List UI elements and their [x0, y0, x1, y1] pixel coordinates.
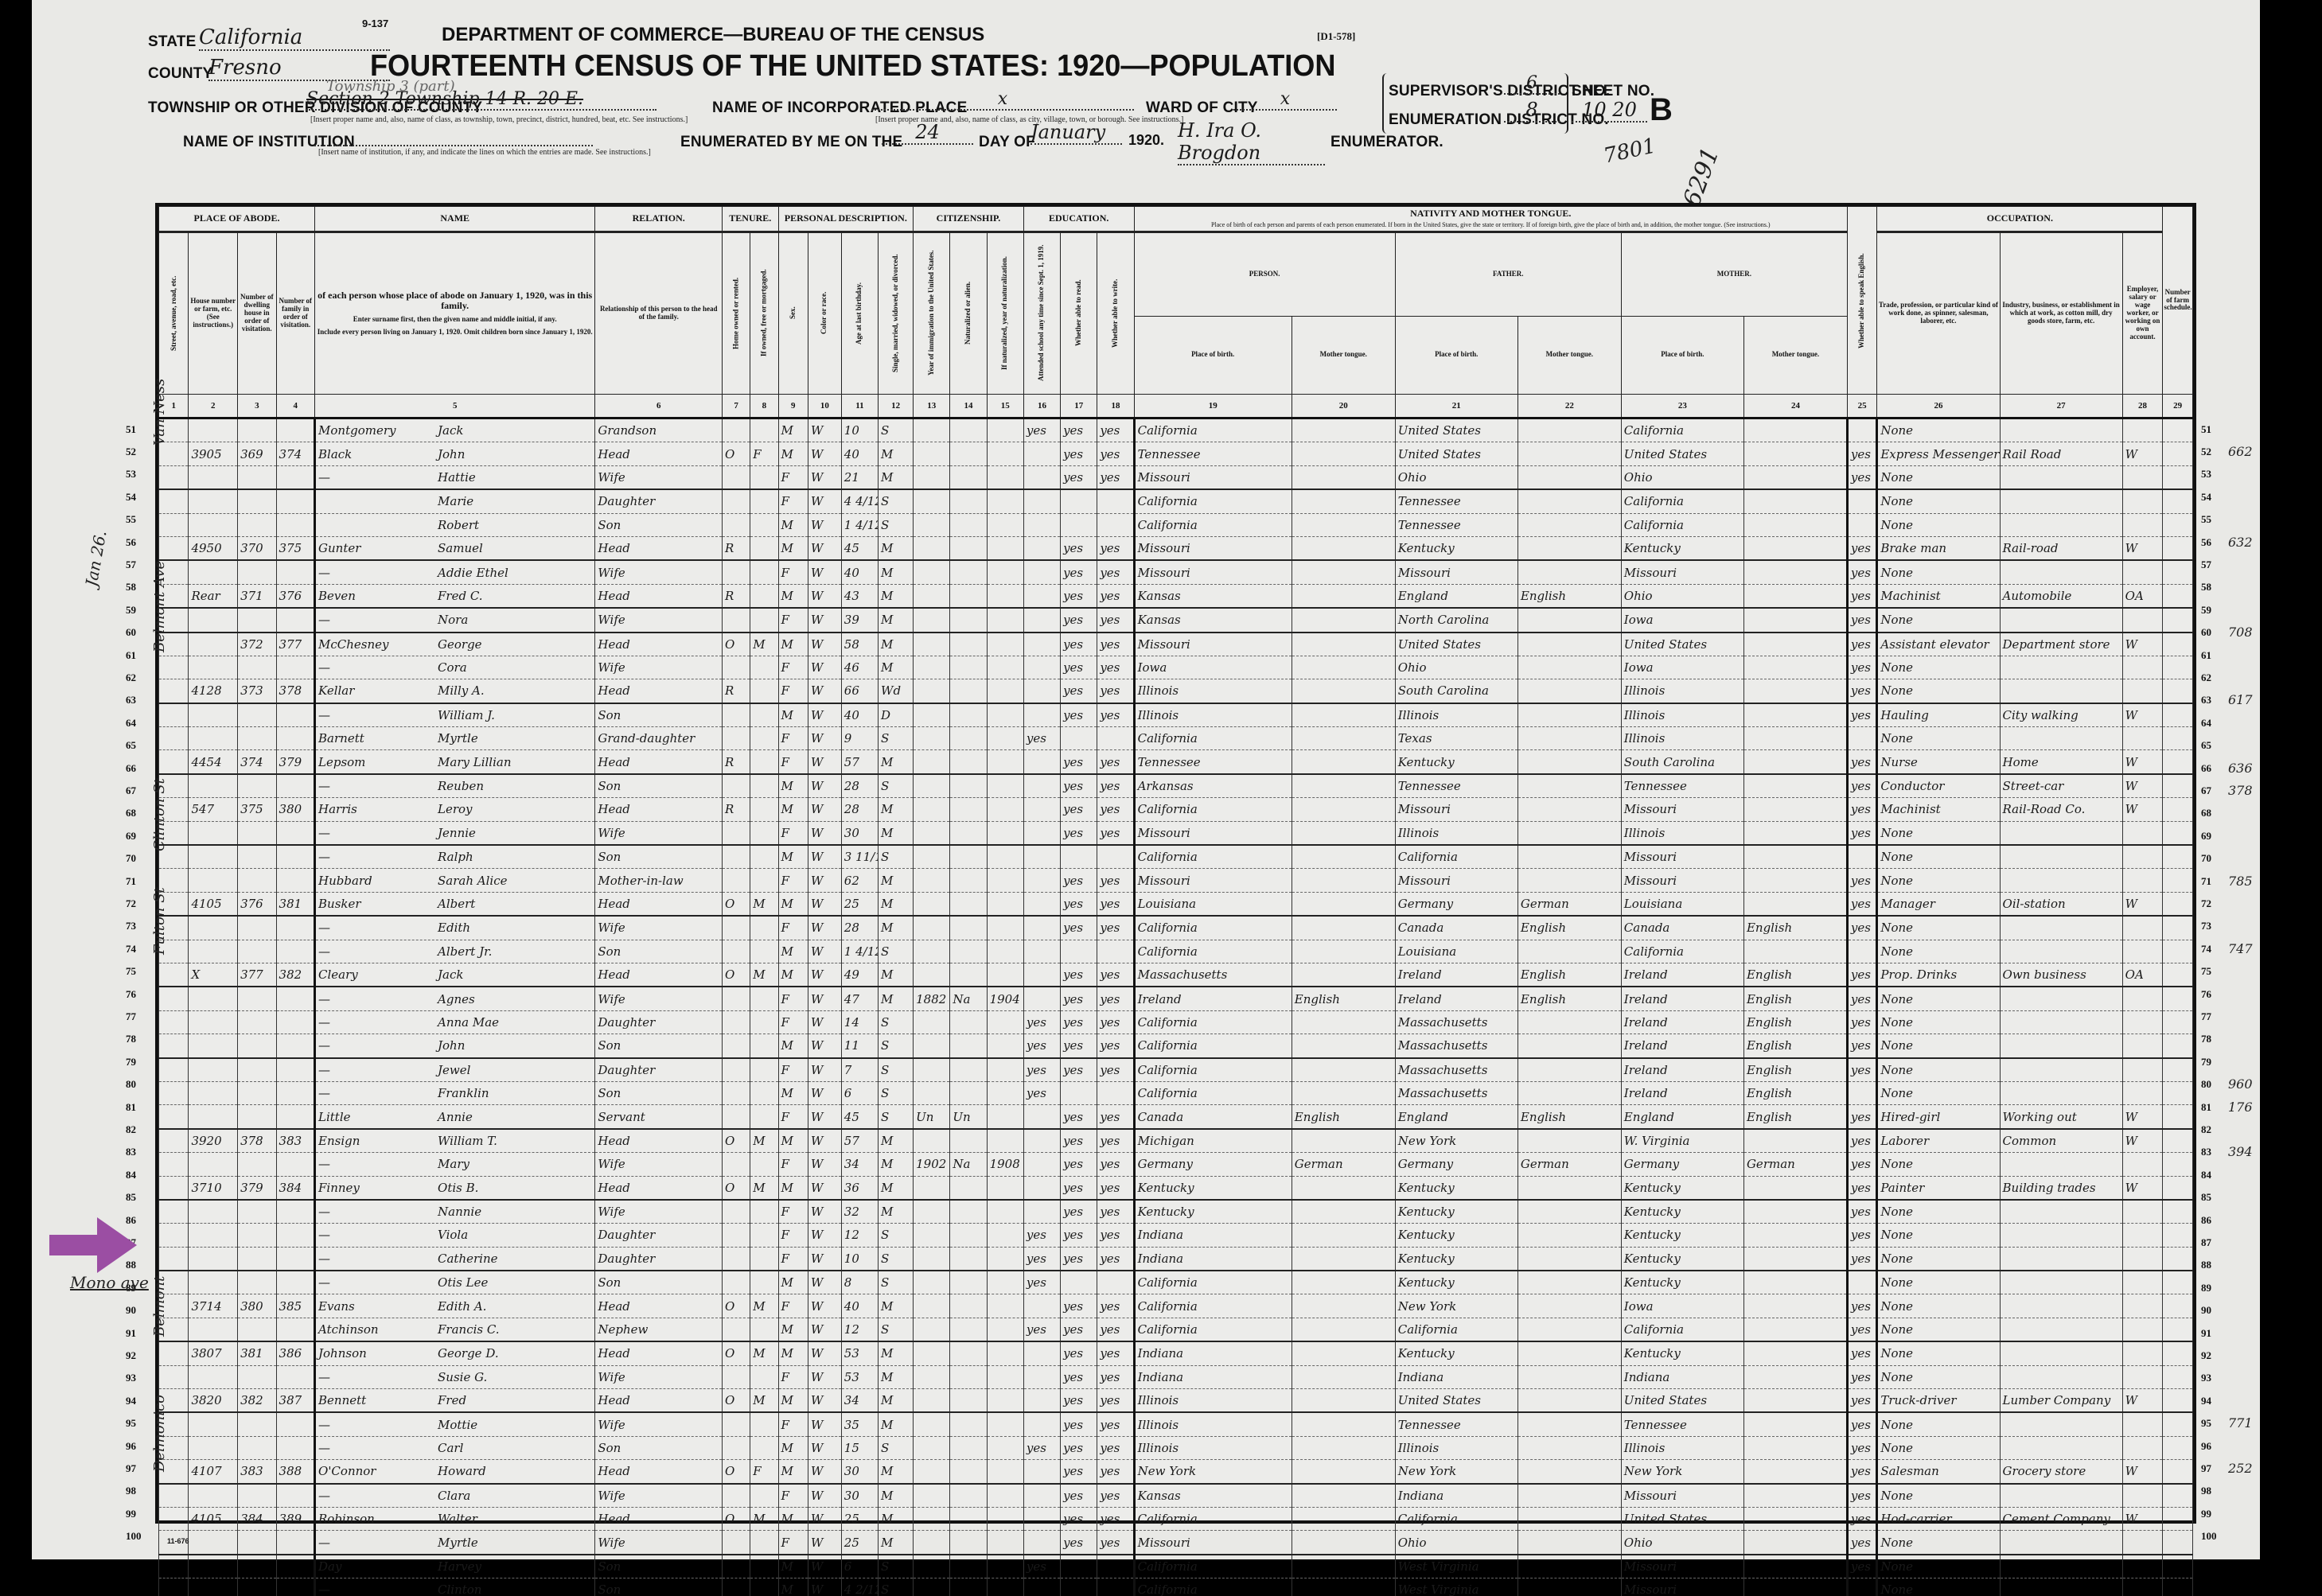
cell-sex: F — [778, 1412, 808, 1436]
given-name: Sarah Alice — [438, 874, 507, 888]
cell-write: yes — [1097, 536, 1134, 560]
cell-immig — [914, 1389, 950, 1413]
cell-ftongue — [1517, 1034, 1621, 1058]
cell-tongue — [1292, 703, 1395, 727]
cell-immig — [914, 940, 950, 963]
column-number: 8 — [750, 395, 778, 418]
cell-trade: Hauling — [1877, 703, 2000, 727]
line-number-left: 100 — [126, 1530, 142, 1543]
cell-farm — [2163, 536, 2193, 560]
surname: Busker — [318, 897, 438, 911]
enumerator-name: H. Ira O. Brogdon — [1178, 119, 1325, 165]
line-number-left: 68 — [126, 807, 136, 819]
cell-street — [159, 1365, 189, 1388]
cell-ftongue: German — [1517, 892, 1621, 916]
cell-write: yes — [1097, 1436, 1134, 1459]
cell-mbirth: United States — [1621, 442, 1743, 465]
cell-immig — [914, 1341, 950, 1365]
cell-age: 1 4/12 — [841, 513, 878, 536]
cell-marital: M — [879, 1153, 914, 1176]
cell-dwelling — [238, 1153, 276, 1176]
cell-nat — [950, 1507, 987, 1530]
cell-english: yes — [1847, 963, 1876, 987]
cell-name: LittleAnnie — [315, 1105, 595, 1129]
cell-home: O — [723, 1507, 750, 1530]
cell-nat — [950, 1081, 987, 1104]
cell-industry — [2000, 1294, 2122, 1318]
cell-street — [159, 1058, 189, 1082]
cell-industry — [2000, 465, 2122, 489]
cell-sex: M — [778, 845, 808, 869]
cell-mbirth: Missouri — [1621, 798, 1743, 821]
table-row: —ViolaDaughterFW12SyesyesyesIndianaKentu… — [159, 1224, 2193, 1247]
cell-ftongue — [1517, 1412, 1621, 1436]
cell-fbirth: Kentucky — [1395, 1200, 1517, 1224]
line-number-right: 94 — [2201, 1395, 2211, 1407]
given-name: Fred C. — [438, 589, 483, 603]
subgroup-person: PERSON. — [1134, 232, 1395, 317]
cell-ftongue: English — [1517, 1105, 1621, 1129]
given-name: Viola — [438, 1228, 468, 1242]
cell-emp — [2122, 1200, 2163, 1224]
cell-mtongue — [1743, 465, 1847, 489]
cell-immig — [914, 1412, 950, 1436]
cell-immig — [914, 465, 950, 489]
cell-ftongue — [1517, 821, 1621, 845]
cell-race: W — [808, 1271, 841, 1294]
cell-mbirth: Illinois — [1621, 703, 1743, 727]
cell-write: yes — [1097, 750, 1134, 774]
cell-dwelling — [238, 1058, 276, 1082]
given-name: Nora — [438, 613, 468, 627]
cell-marital: M — [879, 1460, 914, 1484]
right-margin-code: 662 — [2228, 444, 2253, 459]
line-number-right: 51 — [2201, 423, 2211, 436]
cell-home — [723, 1484, 750, 1508]
cell-mbirth: Tennessee — [1621, 1412, 1743, 1436]
given-name: Jack — [438, 423, 463, 438]
cell-mtongue — [1743, 1294, 1847, 1318]
line-number-left: 92 — [126, 1349, 136, 1362]
cell-home — [723, 1081, 750, 1104]
cell-farm — [2163, 679, 2193, 703]
cell-relation: Head — [595, 1389, 723, 1413]
cell-emp: OA — [2122, 584, 2163, 608]
line-number-left: 93 — [126, 1372, 136, 1384]
cell-relation: Head — [595, 584, 723, 608]
cell-industry: City walking — [2000, 703, 2122, 727]
cell-family — [276, 869, 314, 892]
cell-street — [159, 1153, 189, 1176]
cell-fbirth: Missouri — [1395, 560, 1517, 584]
cell-immig — [914, 845, 950, 869]
cell-natyr — [987, 656, 1023, 679]
cell-age: 6 — [841, 1081, 878, 1104]
cell-mtongue — [1743, 584, 1847, 608]
cell-nat — [950, 1058, 987, 1082]
surname: — — [318, 708, 438, 722]
cell-dwelling — [238, 1010, 276, 1034]
cell-natyr — [987, 916, 1023, 940]
margin-street-4: Fulton St — [151, 887, 168, 955]
cell-mtongue — [1743, 536, 1847, 560]
cell-ftongue — [1517, 536, 1621, 560]
cell-sex: M — [778, 798, 808, 821]
cell-race: W — [808, 1153, 841, 1176]
cell-english: yes — [1847, 821, 1876, 845]
cell-race: W — [808, 1365, 841, 1388]
cell-farm — [2163, 584, 2193, 608]
cell-school — [1023, 869, 1060, 892]
col-write: Whether able to write. — [1097, 232, 1134, 395]
day-of-label: DAY OF — [979, 134, 1035, 151]
column-number: 15 — [987, 395, 1023, 418]
margin-street-5: Belmont — [151, 1276, 168, 1337]
cell-relation: Servant — [595, 1105, 723, 1129]
cell-nat — [950, 1034, 987, 1058]
cell-house: 4105 — [189, 892, 238, 916]
cell-name: ClearyJack — [315, 963, 595, 987]
cell-marital: M — [879, 1365, 914, 1388]
table-row: 4950370375GunterSamuelHeadRMW45MyesyesMi… — [159, 536, 2193, 560]
cell-sex: F — [778, 1294, 808, 1318]
cell-industry: Rail Road — [2000, 442, 2122, 465]
cell-trade: None — [1877, 940, 2000, 963]
cell-dwelling — [238, 1081, 276, 1104]
cell-ftongue — [1517, 1294, 1621, 1318]
cell-family — [276, 1484, 314, 1508]
surname: Robinson — [318, 1512, 438, 1526]
cell-relation: Wife — [595, 608, 723, 632]
cell-house: 3905 — [189, 442, 238, 465]
line-number-right: 91 — [2201, 1327, 2211, 1340]
cell-relation: Mother-in-law — [595, 869, 723, 892]
cell-trade: Prop. Drinks — [1877, 963, 2000, 987]
cell-mort — [750, 916, 778, 940]
cell-industry: Grocery store — [2000, 1460, 2122, 1484]
surname: Beven — [318, 589, 438, 603]
surname: — — [318, 1441, 438, 1455]
cell-race: W — [808, 584, 841, 608]
cell-mort — [750, 1531, 778, 1555]
cell-birth: California — [1134, 418, 1292, 442]
cell-emp: W — [2122, 892, 2163, 916]
line-number-right: 84 — [2201, 1169, 2211, 1181]
cell-farm — [2163, 513, 2193, 536]
cell-ftongue — [1517, 1010, 1621, 1034]
cell-natyr — [987, 442, 1023, 465]
cell-mbirth: Kentucky — [1621, 1271, 1743, 1294]
cell-ftongue — [1517, 489, 1621, 513]
cell-tongue: English — [1292, 1105, 1395, 1129]
cell-write: yes — [1097, 1389, 1134, 1413]
cell-sex: F — [778, 1010, 808, 1034]
cell-industry: Building trades — [2000, 1176, 2122, 1200]
cell-sex: M — [778, 418, 808, 442]
cell-house — [189, 703, 238, 727]
cell-industry — [2000, 560, 2122, 584]
cell-family — [276, 656, 314, 679]
cell-ftongue — [1517, 1436, 1621, 1459]
cell-marital: M — [879, 1129, 914, 1153]
cell-mort — [750, 1010, 778, 1034]
line-number-right: 67 — [2201, 784, 2211, 797]
cell-farm — [2163, 916, 2193, 940]
table-row: 372377McChesneyGeorgeHeadOMMW58MyesyesMi… — [159, 633, 2193, 656]
cell-home: R — [723, 584, 750, 608]
cell-marital: S — [879, 845, 914, 869]
cell-birth: California — [1134, 1058, 1292, 1082]
cell-emp: W — [2122, 798, 2163, 821]
given-name: Addie Ethel — [438, 566, 508, 580]
cell-natyr — [987, 513, 1023, 536]
cell-school — [1023, 1412, 1060, 1436]
cell-family — [276, 1412, 314, 1436]
cell-write: yes — [1097, 869, 1134, 892]
cell-read — [1061, 1578, 1097, 1596]
cell-sex: F — [778, 869, 808, 892]
cell-tongue — [1292, 465, 1395, 489]
column-number: 23 — [1621, 395, 1743, 418]
cell-street — [159, 1200, 189, 1224]
cell-age: 4 4/12 — [841, 489, 878, 513]
cell-mbirth: California — [1621, 940, 1743, 963]
cell-emp — [2122, 940, 2163, 963]
cell-natyr — [987, 633, 1023, 656]
cell-mort — [750, 1436, 778, 1459]
cell-nat — [950, 750, 987, 774]
cell-read — [1061, 940, 1097, 963]
surname: — — [318, 1536, 438, 1550]
cell-sex: M — [778, 1578, 808, 1596]
cell-relation: Daughter — [595, 1247, 723, 1271]
cell-tongue — [1292, 418, 1395, 442]
cell-english: yes — [1847, 1436, 1876, 1459]
surname: Day — [318, 1559, 438, 1574]
cell-family — [276, 1555, 314, 1578]
margin-street-1: Van Ness — [151, 379, 168, 446]
cell-ftongue — [1517, 513, 1621, 536]
cell-emp — [2122, 1484, 2163, 1508]
cell-relation: Head — [595, 1294, 723, 1318]
surname: Ensign — [318, 1134, 438, 1148]
cell-house: Rear — [189, 584, 238, 608]
cell-name: MontgomeryJack — [315, 418, 595, 442]
line-number-right: 66 — [2201, 762, 2211, 775]
cell-tongue — [1292, 560, 1395, 584]
cell-family — [276, 845, 314, 869]
cell-trade: None — [1877, 1365, 2000, 1388]
line-number-right: 73 — [2201, 920, 2211, 932]
cell-tongue — [1292, 1460, 1395, 1484]
cell-english: yes — [1847, 560, 1876, 584]
cell-street — [159, 1129, 189, 1153]
cell-relation: Son — [595, 845, 723, 869]
line-number-left: 79 — [126, 1056, 136, 1069]
cell-name: —Clara — [315, 1484, 595, 1508]
cell-fbirth: South Carolina — [1395, 679, 1517, 703]
given-name: Mottie — [438, 1418, 477, 1432]
cell-name: —Cora — [315, 656, 595, 679]
cell-school — [1023, 1129, 1060, 1153]
cell-house — [189, 1365, 238, 1388]
cell-name: EvansEdith A. — [315, 1294, 595, 1318]
cell-dwelling: 384 — [238, 1507, 276, 1530]
cell-natyr — [987, 1578, 1023, 1596]
cell-home — [723, 1578, 750, 1596]
cell-natyr — [987, 1081, 1023, 1104]
cell-street — [159, 1507, 189, 1530]
cell-school: yes — [1023, 1034, 1060, 1058]
cell-english: yes — [1847, 1247, 1876, 1271]
cell-mort — [750, 798, 778, 821]
cell-english: yes — [1847, 1176, 1876, 1200]
line-number-left: 99 — [126, 1508, 136, 1520]
cell-school — [1023, 656, 1060, 679]
given-name: Jennie — [438, 826, 476, 840]
table-row: —JohnSonMW11SyesyesyesCaliforniaMassachu… — [159, 1034, 2193, 1058]
cell-write — [1097, 1555, 1134, 1578]
cell-nat — [950, 1129, 987, 1153]
cell-write: yes — [1097, 1176, 1134, 1200]
cell-read: yes — [1061, 1034, 1097, 1058]
cell-ftongue: English — [1517, 987, 1621, 1010]
cell-house — [189, 987, 238, 1010]
cell-nat — [950, 1531, 987, 1555]
cell-home — [723, 987, 750, 1010]
cell-ftongue — [1517, 679, 1621, 703]
cell-mbirth: California — [1621, 1318, 1743, 1341]
cell-emp: W — [2122, 750, 2163, 774]
column-number: 12 — [879, 395, 914, 418]
cell-relation: Nephew — [595, 1318, 723, 1341]
cell-write — [1097, 845, 1134, 869]
cell-dwelling: 383 — [238, 1460, 276, 1484]
cell-immig — [914, 727, 950, 750]
cell-street — [159, 1341, 189, 1365]
cell-school — [1023, 608, 1060, 632]
cell-mort — [750, 750, 778, 774]
cell-school — [1023, 1365, 1060, 1388]
cell-english: yes — [1847, 1318, 1876, 1341]
cell-sex: M — [778, 1271, 808, 1294]
cell-school: yes — [1023, 1058, 1060, 1082]
cell-marital: M — [879, 1389, 914, 1413]
cell-farm — [2163, 465, 2193, 489]
cell-immig — [914, 584, 950, 608]
cell-mort — [750, 703, 778, 727]
name-col-sub2: Include every person living on January 1… — [316, 329, 594, 337]
cell-house — [189, 656, 238, 679]
cell-write: yes — [1097, 1153, 1134, 1176]
given-name: Carl — [438, 1441, 463, 1455]
cell-age: 46 — [841, 656, 878, 679]
cell-family — [276, 1247, 314, 1271]
cell-tongue — [1292, 1389, 1395, 1413]
cell-mort — [750, 987, 778, 1010]
cell-english: yes — [1847, 633, 1876, 656]
cell-mbirth: California — [1621, 489, 1743, 513]
cell-age: 40 — [841, 442, 878, 465]
cell-english: yes — [1847, 1484, 1876, 1508]
cell-english: yes — [1847, 1294, 1876, 1318]
cell-home — [723, 608, 750, 632]
cell-farm — [2163, 1176, 2193, 1200]
cell-tongue — [1292, 1318, 1395, 1341]
cell-tongue — [1292, 963, 1395, 987]
cell-school — [1023, 489, 1060, 513]
cell-race: W — [808, 1247, 841, 1271]
given-name: Edith A. — [438, 1299, 486, 1314]
cell-dwelling: 374 — [238, 750, 276, 774]
cell-sex: F — [778, 1247, 808, 1271]
cell-birth: Illinois — [1134, 1389, 1292, 1413]
line-number-right: 59 — [2201, 604, 2211, 617]
cell-industry — [2000, 1555, 2122, 1578]
cell-house — [189, 1034, 238, 1058]
cell-relation: Wife — [595, 1200, 723, 1224]
cell-immig — [914, 774, 950, 798]
cell-birth: Illinois — [1134, 1436, 1292, 1459]
given-name: Jewel — [438, 1063, 470, 1077]
cell-mtongue — [1743, 1436, 1847, 1459]
cell-industry — [2000, 1153, 2122, 1176]
cell-read: yes — [1061, 1412, 1097, 1436]
given-name: Milly A. — [438, 683, 485, 698]
cell-family — [276, 1436, 314, 1459]
cell-read: yes — [1061, 750, 1097, 774]
surname: Hubbard — [318, 874, 438, 888]
cell-sex: M — [778, 703, 808, 727]
cell-relation: Head — [595, 750, 723, 774]
cell-mtongue — [1743, 869, 1847, 892]
right-margin-code: 176 — [2228, 1100, 2253, 1115]
cell-mbirth: Louisiana — [1621, 892, 1743, 916]
surname: — — [318, 1038, 438, 1053]
line-number-right: 83 — [2201, 1146, 2211, 1158]
cell-tongue — [1292, 1271, 1395, 1294]
line-number-right: 57 — [2201, 559, 2211, 571]
cell-mort: M — [750, 1341, 778, 1365]
cell-school — [1023, 963, 1060, 987]
cell-industry: Lumber Company — [2000, 1389, 2122, 1413]
cell-mbirth: Illinois — [1621, 727, 1743, 750]
cell-write: yes — [1097, 679, 1134, 703]
table-row: —Susie G.WifeFW53MyesyesIndianaIndianaIn… — [159, 1365, 2193, 1388]
cell-industry — [2000, 727, 2122, 750]
cell-english: yes — [1847, 703, 1876, 727]
cell-emp: W — [2122, 1389, 2163, 1413]
cell-fbirth: Massachusetts — [1395, 1081, 1517, 1104]
cell-age: 57 — [841, 1129, 878, 1153]
cell-mort — [750, 1153, 778, 1176]
cell-house: 3710 — [189, 1176, 238, 1200]
cell-mort — [750, 1484, 778, 1508]
cell-sex: F — [778, 465, 808, 489]
cell-mbirth: Germany — [1621, 1153, 1743, 1176]
cell-marital: S — [879, 1034, 914, 1058]
column-number: 16 — [1023, 395, 1060, 418]
cell-relation: Wife — [595, 1484, 723, 1508]
cell-natyr — [987, 1010, 1023, 1034]
cell-school — [1023, 1176, 1060, 1200]
census-sheet: STATE California COUNTY Fresno 9-137 DEP… — [32, 0, 2260, 1559]
col-school: Attended school any time since Sept. 1, … — [1023, 232, 1060, 395]
cell-home: R — [723, 679, 750, 703]
cell-relation: Wife — [595, 916, 723, 940]
cell-write: yes — [1097, 1247, 1134, 1271]
cell-trade: None — [1877, 489, 2000, 513]
